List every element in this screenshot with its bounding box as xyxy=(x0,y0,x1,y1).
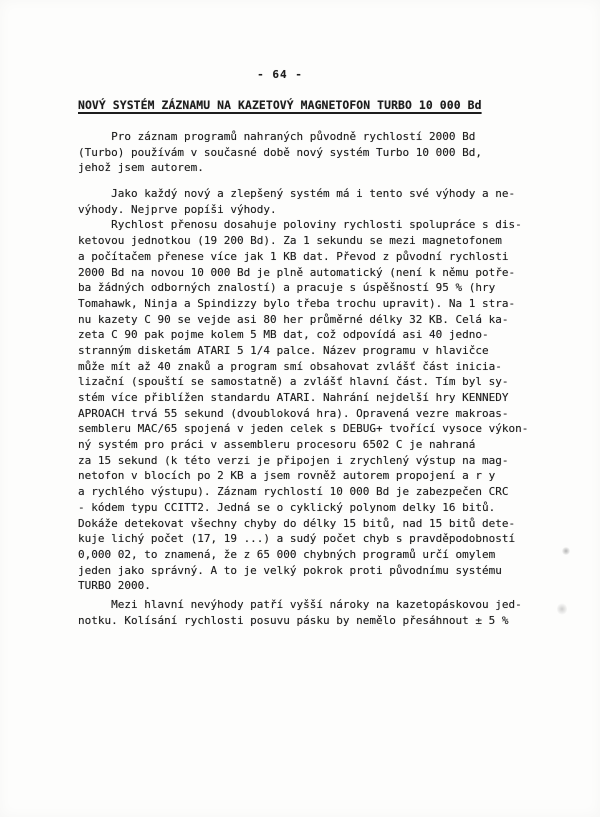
text-line: sembleru MAC/65 spojená v jeden celek s … xyxy=(78,421,558,437)
text-line: za 15 sekund (k této verzi je připojen i… xyxy=(78,453,558,469)
document-title: NOVÝ SYSTÉM ZÁZNAMU NA KAZETOVÝ MAGNETOF… xyxy=(78,98,482,112)
text-line: 0,000 02, to znamená, že z 65 000 chybný… xyxy=(78,547,558,563)
text-line: a rychlého výstupu). Záznam rychlostí 10… xyxy=(78,484,558,500)
text-line: nu kazety C 90 se vejde asi 80 her průmě… xyxy=(78,312,558,328)
text-line: - kódem typu CCITT2. Jedná se o cyklický… xyxy=(78,500,558,516)
text-line: Dokáže detekovat všechny chyby do délky … xyxy=(78,516,558,532)
text-line: ketovou jednotkou (19 200 Bd). Za 1 seku… xyxy=(78,233,558,249)
text-line: zeta C 90 pak pojme kolem 5 MB dat, což … xyxy=(78,327,558,343)
scanned-document-page: - 64 - NOVÝ SYSTÉM ZÁZNAMU NA KAZETOVÝ M… xyxy=(0,0,600,817)
text-line: ný systém pro práci v assembleru proceso… xyxy=(78,437,558,453)
text-line: Mezi hlavní nevýhody patří vyšší nároky … xyxy=(78,597,558,613)
text-line: Rychlost přenosu dosahuje poloviny rychl… xyxy=(78,217,558,233)
text-line: stém více přiblížen standardu ATARI. Nah… xyxy=(78,390,558,406)
text-line: lizační (spouští se samostatně) a zvlášť… xyxy=(78,374,558,390)
text-line: Tomahawk, Ninja a Spindizzy bylo třeba t… xyxy=(78,296,558,312)
scan-speck xyxy=(557,603,567,615)
document-body: Pro záznam programů nahraných původně ry… xyxy=(78,129,558,628)
text-line: TURBO 2000. xyxy=(78,578,558,594)
text-line: notku. Kolísání rychlosti posuvu pásku b… xyxy=(78,613,558,629)
text-line: APROACH trvá 55 sekund (dvoubloková hra)… xyxy=(78,406,558,422)
paragraph: Mezi hlavní nevýhody patří vyšší nároky … xyxy=(78,597,558,628)
text-line: jehož jsem autorem. xyxy=(78,160,558,176)
text-line: netofon v blocích po 2 KB a jsem rovněž … xyxy=(78,468,558,484)
text-line: Pro záznam programů nahraných původně ry… xyxy=(78,129,558,145)
text-line: a počítačem přenese více jak 1 KB dat. P… xyxy=(78,249,558,265)
text-line: 2000 Bd na novou 10 000 Bd je plně autom… xyxy=(78,265,558,281)
scan-speck xyxy=(562,547,570,555)
page-number: - 64 - xyxy=(0,68,560,81)
paragraph: Pro záznam programů nahraných původně ry… xyxy=(78,129,558,176)
text-line: může mít až 40 znaků a program smí obsah… xyxy=(78,359,558,375)
text-line: jeden jako správný. A to je velký pokrok… xyxy=(78,563,558,579)
paragraph: Rychlost přenosu dosahuje poloviny rychl… xyxy=(78,217,558,594)
text-line: Jako každý nový a zlepšený systém má i t… xyxy=(78,186,558,202)
text-line: stranným disketám ATARI 5 1/4 palce. Náz… xyxy=(78,343,558,359)
text-line: kuje lichý počet (17, 19 ...) a sudý poč… xyxy=(78,531,558,547)
text-line: ba žádných odborných znalostí) a pracuje… xyxy=(78,280,558,296)
text-line: (Turbo) používám v současné době nový sy… xyxy=(78,145,558,161)
paragraph: Jako každý nový a zlepšený systém má i t… xyxy=(78,186,558,217)
text-line: výhody. Nejprve popíši výhody. xyxy=(78,202,558,218)
